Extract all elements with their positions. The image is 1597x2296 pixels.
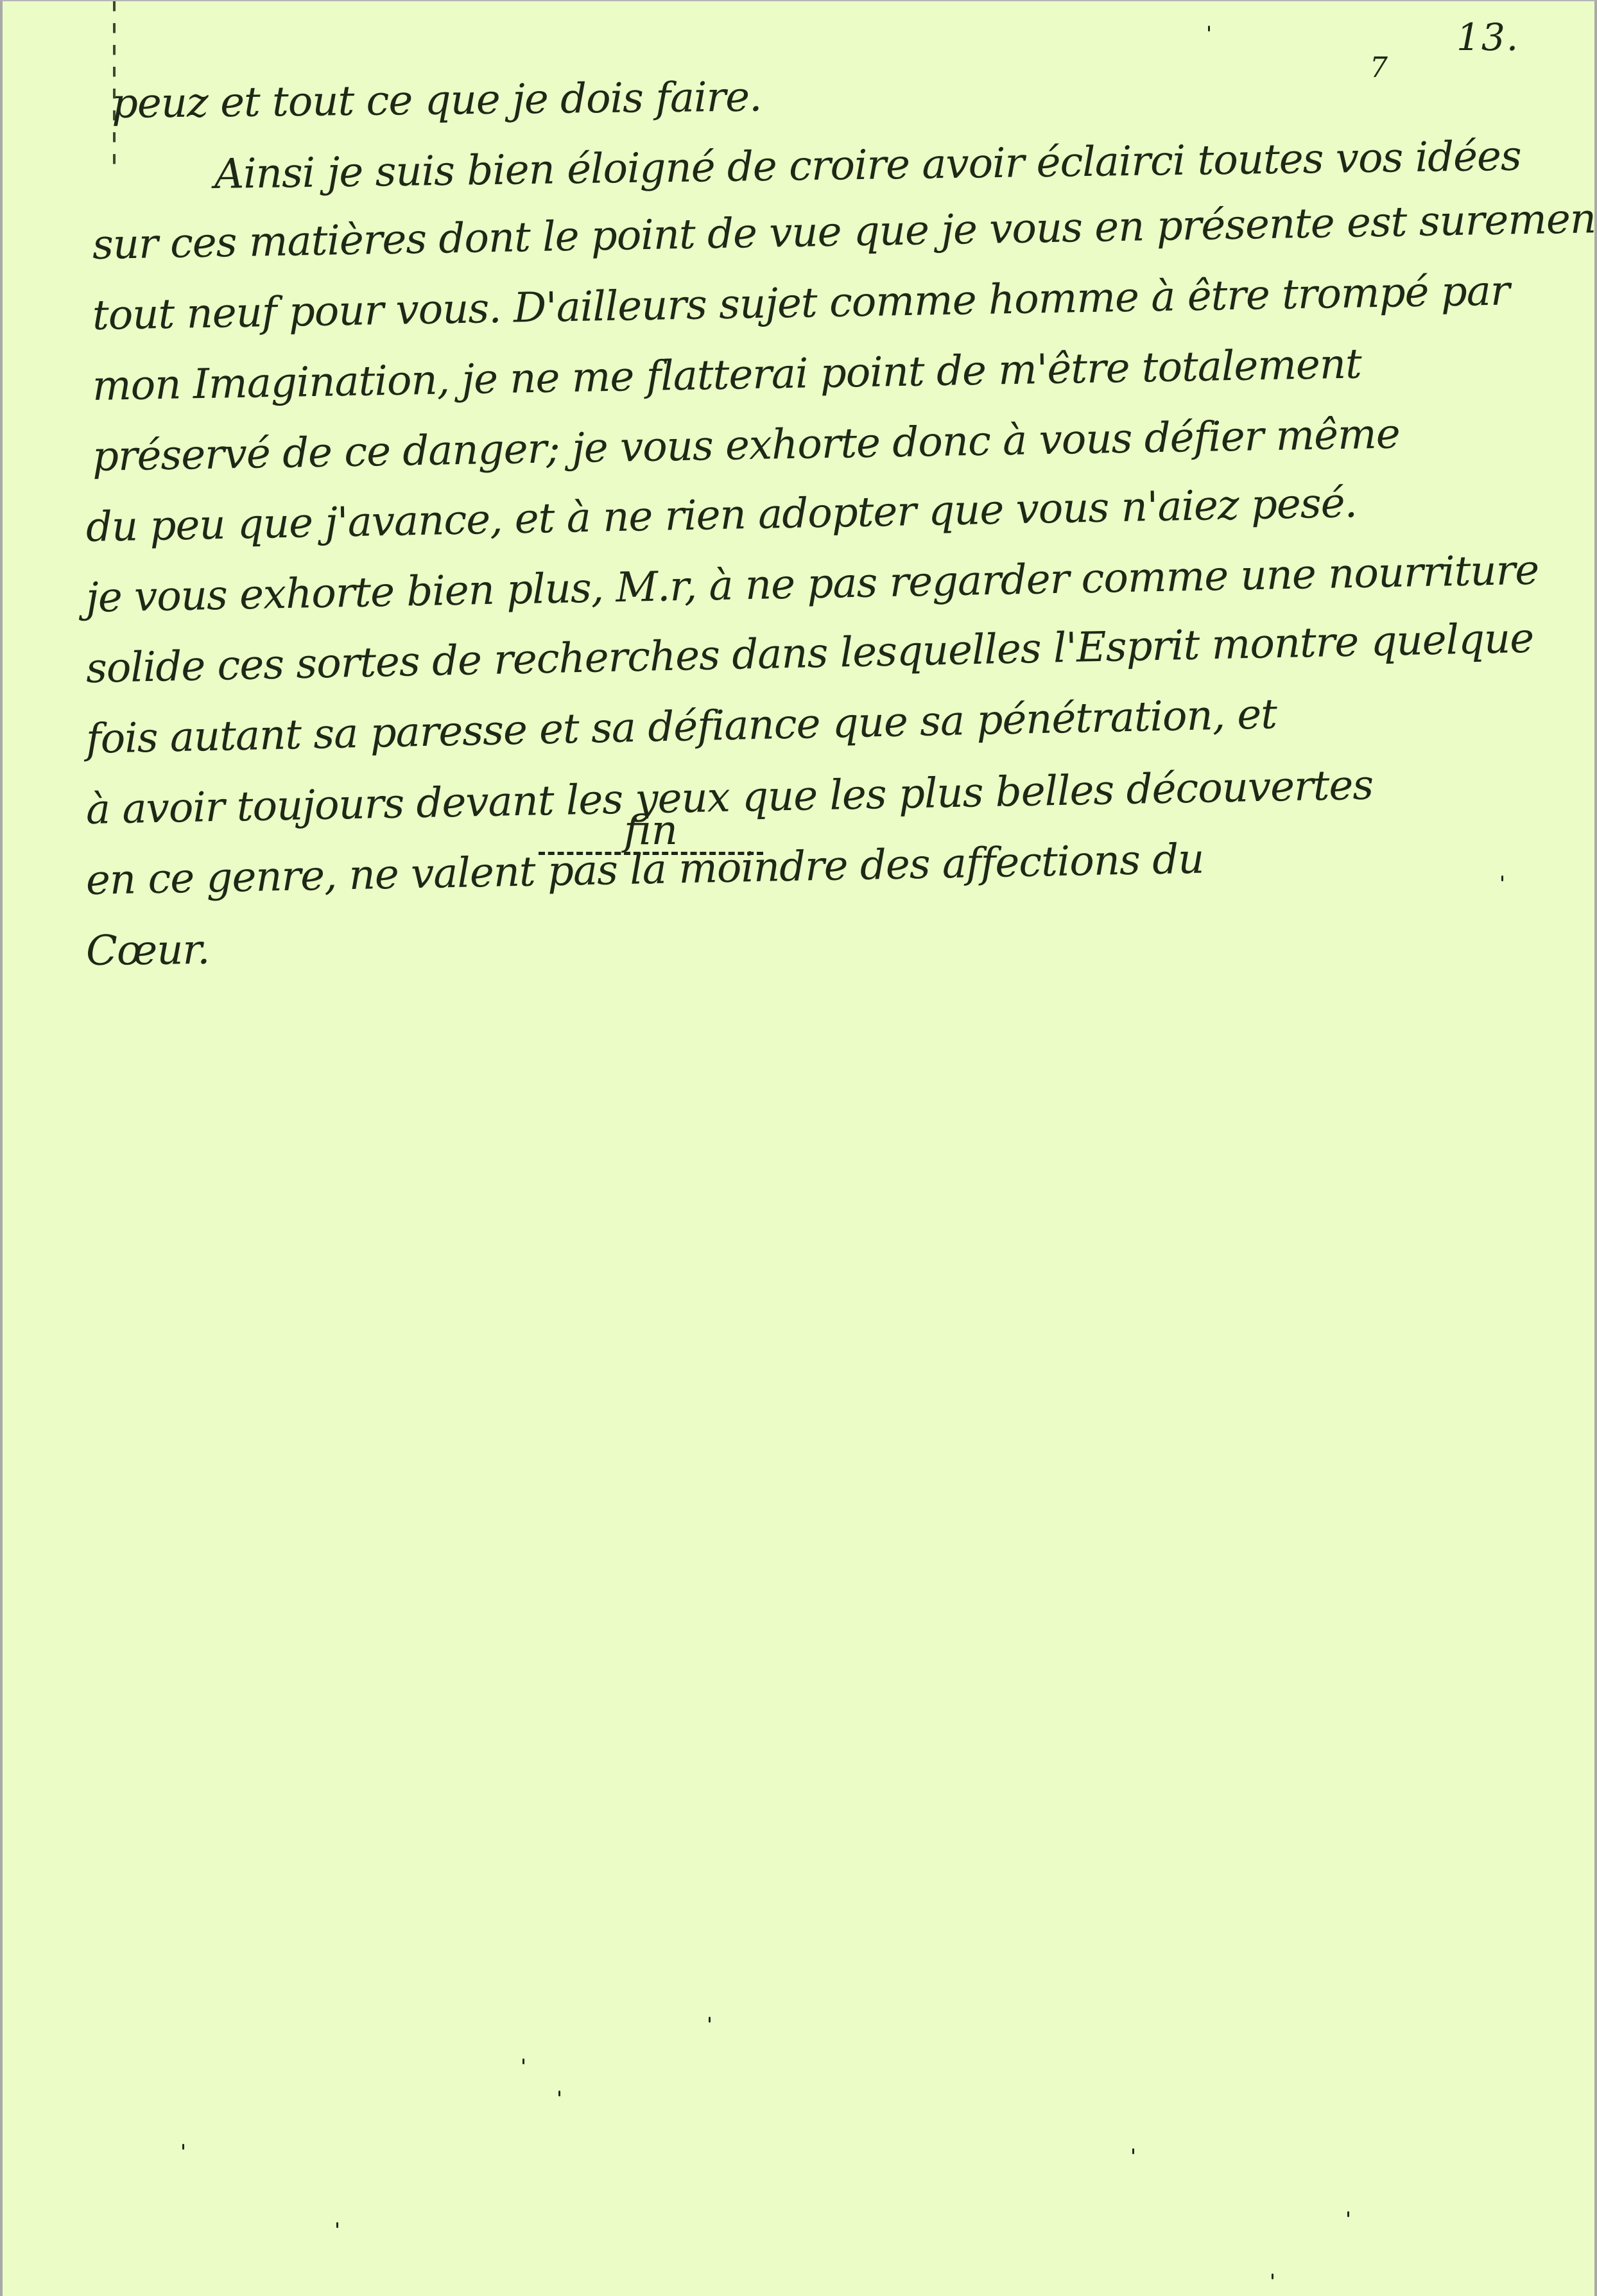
ink-speck <box>1347 2211 1349 2217</box>
ink-speck <box>709 2017 711 2023</box>
manuscript-page: 13. 7 peuz et tout ce que je dois faire.… <box>0 0 1597 2296</box>
page-number: 13. <box>1456 15 1519 59</box>
ink-speck <box>336 2222 338 2228</box>
ink-speck <box>522 2059 524 2064</box>
ink-speck <box>1501 876 1503 881</box>
closing-word: fin <box>624 807 678 854</box>
manuscript-body: peuz et tout ce que je dois faire. Ainsi… <box>86 69 1582 987</box>
closing-mark: fin <box>539 807 763 865</box>
ink-speck <box>1208 26 1210 31</box>
ink-speck <box>182 2144 184 2150</box>
ink-speck <box>1132 2148 1134 2154</box>
manuscript-line: Cœur. <box>85 901 1582 987</box>
closing-rule <box>539 852 763 855</box>
ink-speck <box>558 2091 560 2096</box>
ink-speck <box>1272 2274 1273 2279</box>
